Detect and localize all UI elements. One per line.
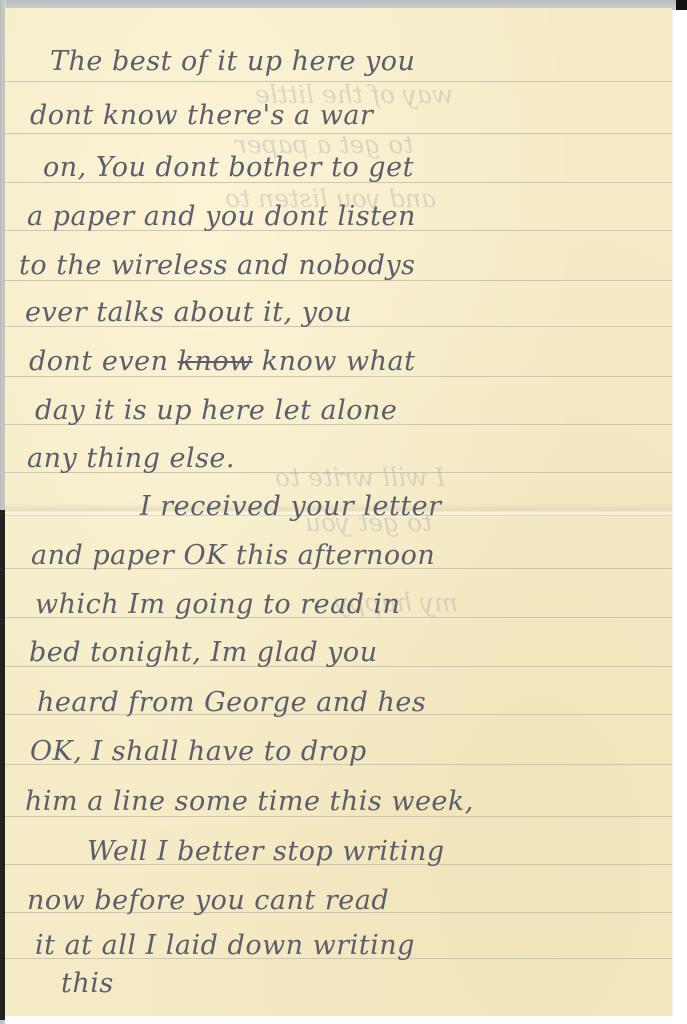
bleed-through-text: I will write to <box>275 463 445 492</box>
letter-line-8: day it is up here let alone <box>35 397 397 424</box>
letter-line-11: and paper OK this afternoon <box>31 542 435 569</box>
letter-line-2: dont know there's a war <box>30 102 373 129</box>
struck-out-word: know <box>178 346 253 377</box>
letter-line-13: bed tonight, Im glad you <box>29 639 378 666</box>
scan-bottom-edge <box>5 1016 687 1024</box>
letter-line-10: I received your letter <box>140 493 442 520</box>
letter-line-19: it at all I laid down writing <box>35 932 415 959</box>
letter-line-20: this <box>61 970 114 997</box>
letter-line-16: him a line some time this week, <box>25 788 474 815</box>
letter-line-5: to the wireless and nobodys <box>19 252 415 279</box>
letter-line-1: The best of it up here you <box>50 48 415 75</box>
letter-line-14: heard from George and hes <box>37 689 426 716</box>
letter-page: way of the little to get a paper and you… <box>5 8 672 1016</box>
letter-line-7-start: dont even <box>29 346 168 377</box>
scan-corner <box>676 0 687 10</box>
letter-line-12: which Im going to read in <box>35 591 401 618</box>
letter-line-4: a paper and you dont listen <box>27 203 416 230</box>
letter-line-6: ever talks about it, you <box>25 299 352 326</box>
letter-line-3: on, You dont bother to get <box>43 154 414 181</box>
letter-line-7: dont even know know what <box>29 348 415 375</box>
letter-line-17: Well I better stop writing <box>87 838 445 865</box>
letter-line-18: now before you cant read <box>27 887 389 914</box>
letter-line-7-end: know what <box>262 346 416 377</box>
letter-line-15: OK, I shall have to drop <box>30 738 367 765</box>
letter-line-9: any thing else. <box>27 445 235 472</box>
